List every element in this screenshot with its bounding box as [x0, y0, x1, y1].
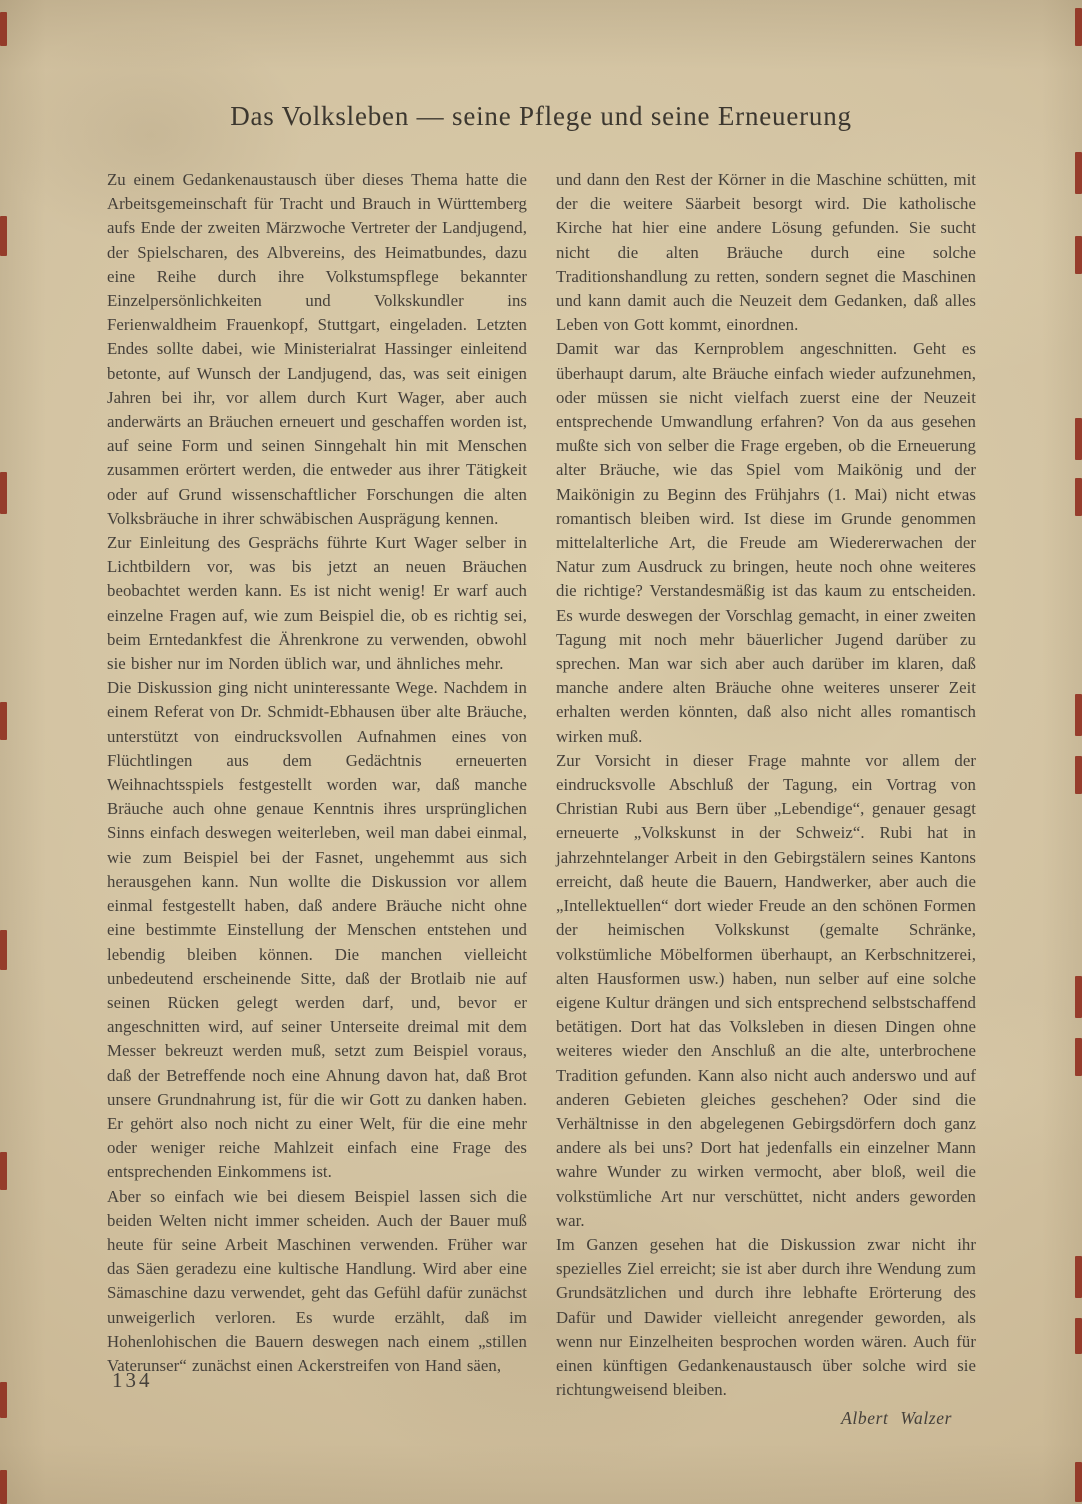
edge-mark: [1075, 1462, 1082, 1502]
edge-mark: [1075, 152, 1082, 194]
edge-mark: [1075, 976, 1082, 1018]
page-number: 134: [112, 1368, 153, 1393]
edge-mark: [0, 472, 7, 514]
paragraph: Damit war das Kernproblem angeschnitten.…: [556, 337, 976, 748]
paragraph: Aber so einfach wie bei diesem Beispiel …: [107, 1185, 527, 1379]
edge-mark: [0, 1152, 7, 1190]
edge-mark: [1075, 236, 1082, 274]
edge-mark: [1075, 478, 1082, 516]
edge-mark: [0, 1470, 7, 1504]
paragraph: Die Diskussion ging nicht uninteressante…: [107, 676, 527, 1184]
edge-mark: [0, 702, 7, 740]
author-signature: Albert Walzer: [556, 1406, 976, 1430]
edge-mark: [0, 930, 7, 970]
text-columns: Zu einem Gedankenaustausch über dieses T…: [107, 168, 976, 1431]
edge-mark: [1075, 8, 1082, 46]
edge-mark: [1075, 1318, 1082, 1354]
paragraph: Zur Einleitung des Gesprächs führte Kurt…: [107, 531, 527, 676]
right-column: und dann den Rest der Körner in die Masc…: [556, 168, 976, 1431]
scanned-page: Das Volksleben — seine Pflege und seine …: [0, 0, 1082, 1504]
paragraph: Im Ganzen gesehen hat die Diskussion zwa…: [556, 1233, 976, 1402]
page-title: Das Volksleben — seine Pflege und seine …: [0, 101, 1082, 132]
left-column: Zu einem Gedankenaustausch über dieses T…: [107, 168, 527, 1431]
edge-mark: [0, 12, 7, 46]
edge-mark: [0, 216, 7, 256]
paragraph: Zur Vorsicht in dieser Frage mahnte vor …: [556, 749, 976, 1233]
paragraph: und dann den Rest der Körner in die Masc…: [556, 168, 976, 337]
paragraph: Zu einem Gedankenaustausch über dieses T…: [107, 168, 527, 531]
edge-mark: [1075, 694, 1082, 736]
edge-mark: [1075, 1038, 1082, 1076]
edge-mark: [1075, 418, 1082, 460]
edge-mark: [1075, 756, 1082, 794]
edge-mark: [1075, 1256, 1082, 1298]
edge-mark: [0, 1382, 7, 1418]
